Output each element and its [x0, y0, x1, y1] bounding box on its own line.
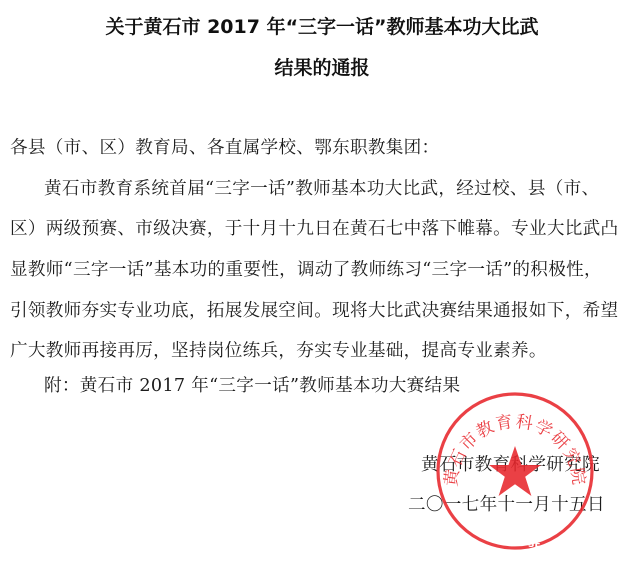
watermark-text: SE: [528, 540, 541, 550]
